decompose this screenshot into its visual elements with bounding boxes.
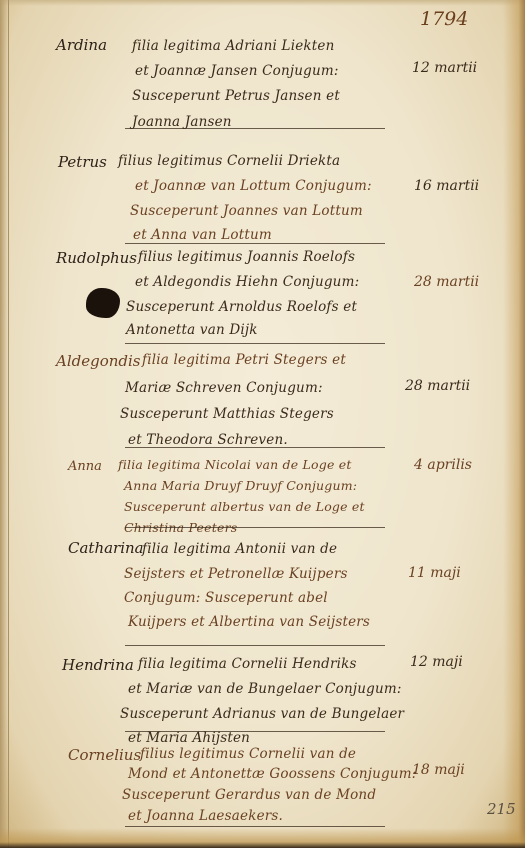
entry-line: filius legitimus Joannis Roelofs [138,249,355,265]
baptism-date: 28 martii [414,274,479,290]
entry-line: et Aldegondis Hiehn Conjugum: [135,274,359,290]
entry-divider [125,826,385,827]
entry-line: Seijsters et Petronellæ Kuijpers [124,566,348,582]
child-name: Hendrina [62,656,134,674]
baptism-date: 28 martii [405,378,470,394]
entry-line: et Joanna Laesaekers. [128,808,283,824]
entry-line: filius legitimus Cornelii van de [140,746,356,762]
entry-divider [125,731,385,732]
baptism-date: 12 maji [410,654,463,670]
page-binding-edge [0,0,9,848]
page-bottom-edge [0,828,525,848]
child-name: Ardina [56,36,107,54]
entry-divider [125,343,385,344]
child-name: Petrus [58,153,107,171]
entry-divider [125,447,385,448]
entry-line: filia legitima Petri Stegers et [142,352,346,368]
entry-line: et Anna van Lottum [133,227,272,243]
entry-line: Susceperunt Arnoldus Roelofs et [126,299,357,315]
baptism-date: 4 aprilis [414,457,472,473]
entry-line: filia legitima Cornelii Hendriks [138,656,357,672]
entry-line: filia legitima Antonii van de [142,541,337,557]
child-name: Cornelius [68,746,141,764]
folio-number: 215 [487,800,516,818]
entry-line: Antonetta van Dijk [126,322,258,338]
entry-line: Anna Maria Druyf Druyf Conjugum: [124,478,357,493]
entry-line: Kuijpers et Albertina van Seijsters [128,614,370,630]
page-right-edge [503,0,525,848]
entry-line: et Mariæ van de Bungelaer Conjugum: [128,681,402,697]
child-name: Aldegondis [56,352,141,370]
baptism-date: 12 martii [412,60,477,76]
entry-line: et Joannæ van Lottum Conjugum: [135,178,372,194]
baptism-date: 16 martii [414,178,479,194]
child-name: Anna [68,459,102,474]
baptism-date: 11 maji [408,565,461,581]
ink-blot [86,288,120,318]
entry-line: Susceperunt Matthias Stegers [120,406,334,422]
register-page: 1794 Ardina filia legitima Adriani Liekt… [0,0,525,848]
entry-divider [125,645,385,646]
entry-line: Susceperunt Petrus Jansen et [132,88,340,104]
entry-line: filius legitimus Cornelii Driekta [118,153,340,169]
entry-line: Mond et Antonettæ Goossens Conjugum: [128,766,417,782]
child-name: Rudolphus [56,249,137,267]
entry-line: filia legitima Adriani Liekten [132,38,335,54]
entry-line: Mariæ Schreven Conjugum: [125,380,323,396]
entry-line: Susceperunt Joannes van Lottum [130,203,363,219]
entry-divider [125,527,385,528]
entry-line: et Maria Ahijsten [128,730,250,746]
entry-divider [125,243,385,244]
entry-line: et Theodora Schreven. [128,432,288,448]
entry-divider [125,128,385,129]
entry-line: filia legitima Nicolai van de Loge et [118,457,352,472]
entry-line: Susceperunt Gerardus van de Mond [122,787,376,803]
baptism-date: 18 maji [412,762,465,778]
page-top-edge [0,0,525,6]
entry-line: Conjugum: Susceperunt abel [124,590,328,606]
entry-line: Susceperunt Adrianus van de Bungelaer [120,706,404,722]
entry-line: Susceperunt albertus van de Loge et [124,499,365,514]
entry-line: et Joannæ Jansen Conjugum: [135,63,339,79]
child-name: Catharina [68,539,144,557]
year-heading: 1794 [420,8,468,30]
